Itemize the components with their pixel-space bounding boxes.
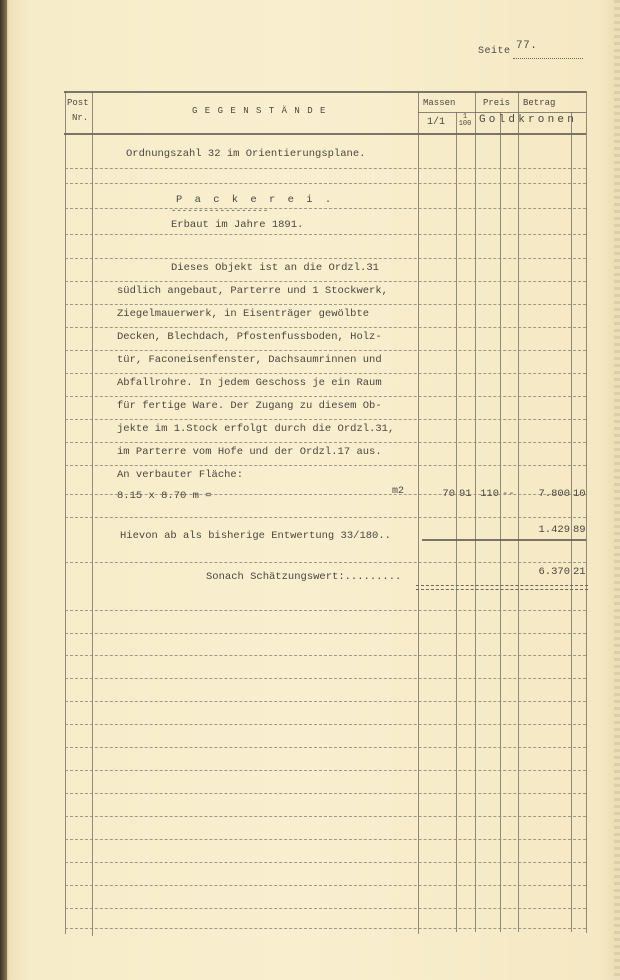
page-label: Seite (478, 46, 511, 57)
column-line-betrag-sub (571, 112, 572, 932)
column-line-massen (418, 91, 419, 934)
row-line (65, 350, 586, 351)
description-line: Dieses Objekt ist an die Ordzl.31 (171, 262, 379, 274)
row-line (65, 419, 586, 420)
row-line (65, 633, 586, 634)
description-line: tür, Faconeisenfenster, Dachsaumrinnen u… (117, 354, 382, 366)
row-line (65, 701, 586, 702)
header-massen-fraction: 1 100 (457, 114, 473, 128)
column-line-betrag (518, 91, 519, 932)
row-line (65, 258, 586, 259)
row-line (65, 373, 586, 374)
title-underline: ------------------ (171, 206, 268, 216)
description-line: Abfallrohre. In jedem Geschoss je ein Ra… (117, 377, 382, 389)
row-line (65, 928, 586, 929)
fraction-denominator: 100 (457, 121, 473, 128)
depreciation-integer: 1.429 (520, 524, 570, 536)
area-unit: m2 (392, 486, 404, 497)
description-line: jekte im 1.Stock erfolgt durch die Ordzl… (117, 423, 394, 435)
row-line (65, 862, 586, 863)
area-value-integer: 70 (430, 488, 455, 500)
row-line (65, 562, 586, 563)
header-preis: Preis (483, 98, 510, 108)
row-line (65, 816, 586, 817)
row-line (65, 396, 586, 397)
row-line (65, 183, 586, 184)
column-line-right (586, 91, 587, 933)
header-gegenstaende: G E G E N S T Ä N D E (192, 106, 326, 116)
page-number-underline (513, 58, 583, 59)
area-value-decimal: 91 (459, 488, 472, 500)
header-massen-whole: 1/1 (427, 117, 445, 128)
row-line (65, 327, 586, 328)
row-line (65, 281, 586, 282)
column-line-left (65, 91, 66, 934)
total-double-underline (416, 585, 588, 590)
estimate-decimal: 21 (573, 566, 586, 578)
description-line: im Parterre vom Hofe und der Ordzl.17 au… (117, 446, 382, 458)
description-line: für fertige Ware. Der Zugang zu diesem O… (117, 400, 382, 412)
amount-integer: 7.800 (520, 488, 570, 500)
subtotal-line (422, 539, 586, 541)
table-top-border (64, 91, 586, 93)
row-line (65, 655, 586, 656)
building-title: P a c k e r e i . (176, 194, 334, 206)
row-line (65, 885, 586, 886)
row-line (65, 610, 586, 611)
description-line: südlich angebaut, Parterre und 1 Stockwe… (117, 285, 388, 297)
row-line (65, 168, 586, 169)
depreciation-decimal: 89 (573, 524, 586, 536)
built-year: Erbaut im Jahre 1891. (171, 219, 303, 231)
area-formula: 8.15 x 8.70 m = (117, 490, 212, 502)
page-number-value: 77. (516, 40, 537, 52)
row-line (65, 770, 586, 771)
area-label: An verbauter Fläche: (117, 469, 243, 481)
price-integer: 110 (476, 488, 499, 500)
header-post: Post (67, 98, 89, 108)
row-line (65, 839, 586, 840)
column-line-preis-sub (500, 112, 501, 932)
description-line: Decken, Blechdach, Pfostenfussboden, Hol… (117, 331, 382, 343)
header-massen: Massen (423, 98, 455, 108)
row-line (65, 517, 586, 518)
header-nr: Nr. (72, 113, 88, 123)
row-line (65, 304, 586, 305)
row-line (65, 465, 586, 466)
row-line (65, 724, 586, 725)
row-line (65, 234, 586, 235)
estimate-label: Sonach Schätzungswert:......... (206, 571, 401, 583)
price-decimal: -- (502, 488, 515, 500)
column-line-massen-sub (456, 112, 457, 932)
depreciation-label: Hievon ab als bisherige Entwertung 33/18… (120, 530, 391, 542)
estimate-integer: 6.370 (520, 566, 570, 578)
row-line (65, 208, 586, 209)
row-line (65, 747, 586, 748)
header-bottom-border (64, 133, 586, 135)
header-currency-goldkronen: Goldkronen (479, 114, 577, 126)
header-betrag: Betrag (523, 98, 555, 108)
column-line-post (92, 91, 93, 936)
row-line (65, 793, 586, 794)
description-line: Ziegelmauerwerk, in Eisenträger gewölbte (117, 308, 369, 320)
header-sub-divider (418, 112, 586, 113)
page-number: Seite 77. (478, 46, 511, 57)
row-line (65, 442, 586, 443)
row-line (65, 908, 586, 909)
column-line-preis (475, 91, 476, 932)
book-spine (0, 0, 7, 980)
amount-decimal: 10 (573, 488, 586, 500)
ordnungszahl-line: Ordnungszahl 32 im Orientierungsplane. (126, 148, 365, 160)
page-edge (614, 0, 620, 980)
row-line (65, 678, 586, 679)
